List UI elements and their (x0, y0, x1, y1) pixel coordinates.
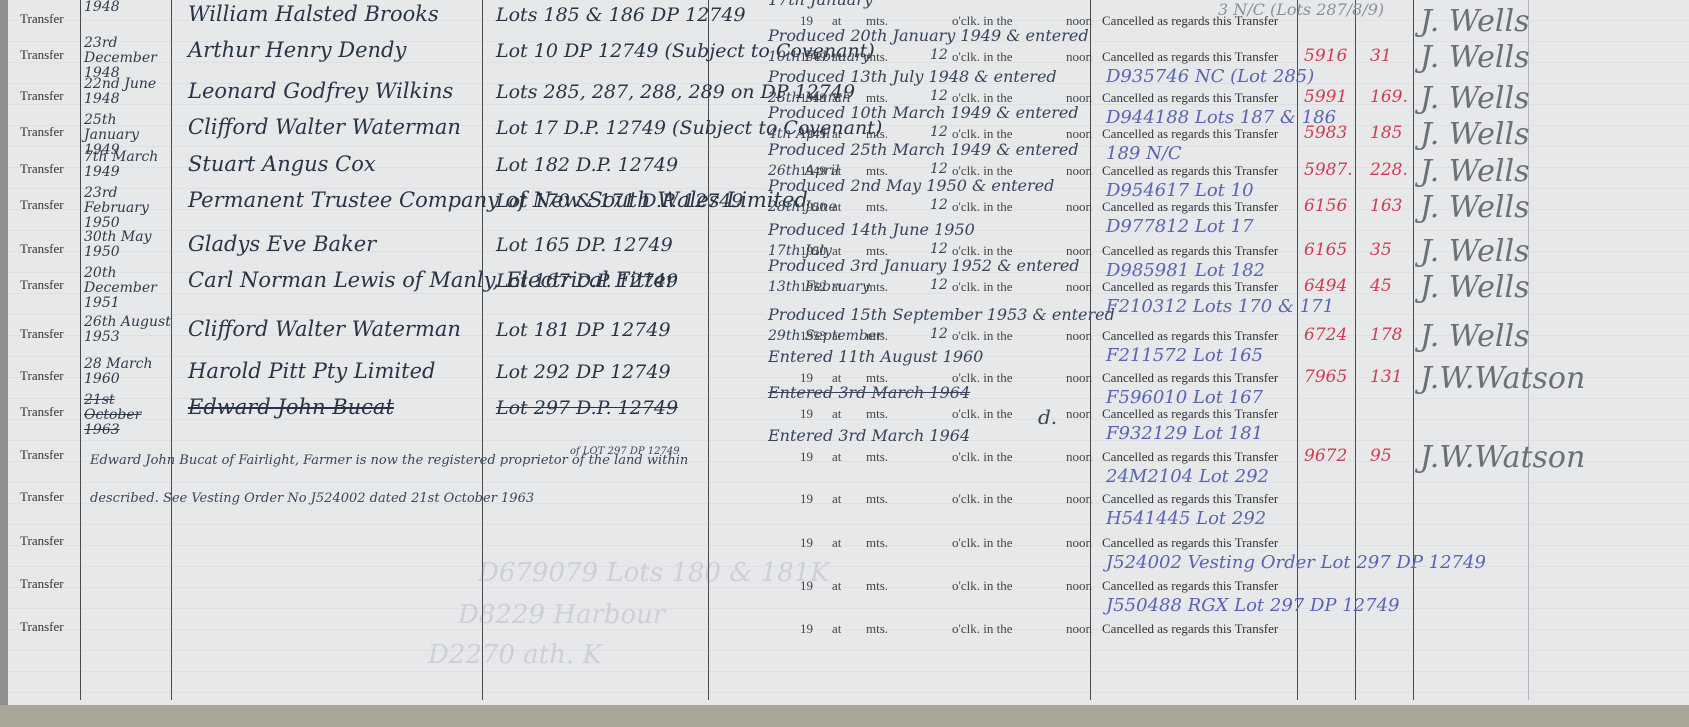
registrar-signature: J. Wells (1420, 154, 1530, 189)
hour-field: 12 (930, 197, 948, 213)
oclk-label: o'clk. in the (952, 279, 1012, 295)
produced-note: Produced 3rd January 1952 & entered (768, 256, 1080, 275)
at-label: at (832, 449, 841, 465)
year-field: 19 (800, 491, 813, 507)
folio-number: 5916 (1304, 46, 1347, 66)
noon-label: noon (1066, 535, 1092, 551)
year-field: 19 (800, 449, 813, 465)
cancelled-label: Cancelled as regards this Transfer (1102, 199, 1278, 215)
hour-field: 12 (930, 241, 948, 257)
cancelled-label: Cancelled as regards this Transfer (1102, 328, 1278, 344)
entry-type: Transfer (20, 47, 64, 63)
cancelled-label: Cancelled as regards this Transfer (1102, 279, 1278, 295)
folio-number: 6165 (1304, 240, 1347, 260)
page-number: 31 (1370, 46, 1392, 66)
year-field: 19 (800, 578, 813, 594)
mts-label: mts. (866, 199, 888, 215)
lot-description: Lot 292 DP 12749 (496, 361, 671, 383)
entry-type: Transfer (20, 533, 64, 549)
year-field: 1952 (800, 279, 826, 295)
oclk-label: o'clk. in the (952, 49, 1012, 65)
at-label: at (832, 621, 841, 637)
lot-description: Lot 167 D.P. 12749 (496, 270, 678, 292)
mts-label: mts. (866, 406, 888, 422)
cancelled-label: Cancelled as regards this Transfer (1102, 13, 1278, 29)
folio-number: 7965 (1304, 367, 1347, 387)
hour-field: 12 (930, 47, 948, 63)
oclk-label: o'clk. in the (952, 449, 1012, 465)
produced-note: Produced 10th March 1949 & entered (768, 103, 1079, 122)
entry-date: 23rd February 1950 (84, 186, 174, 231)
lot-description: Lot 297 D.P. 12749 (496, 397, 678, 419)
at-label: at (832, 328, 841, 344)
cancelled-label: Cancelled as regards this Transfer (1102, 491, 1278, 507)
entry-date: 1948 (84, 0, 174, 15)
entry-type: Transfer (20, 11, 64, 27)
registrar-signature: J. Wells (1420, 319, 1530, 354)
produced-note: Entered 3rd March 1964 (768, 426, 970, 445)
lot-note: of LOT 297 DP 12749 (570, 446, 680, 457)
oclk-label: o'clk. in the (952, 199, 1012, 215)
oclk-label: o'clk. in the (952, 491, 1012, 507)
entry-type: Transfer (20, 619, 64, 635)
hour-field: 12 (930, 277, 948, 293)
mts-label: mts. (866, 49, 888, 65)
noon-label: noon (1066, 328, 1092, 344)
mts-label: mts. (866, 491, 888, 507)
entry-type: Transfer (20, 404, 64, 420)
produced-note: Produced 15th September 1953 & entered (768, 305, 1115, 324)
hour-field: 12 (930, 326, 948, 342)
produced-note: Produced 25th March 1949 & entered (768, 140, 1079, 159)
at-label: at (832, 406, 841, 422)
entry-type: Transfer (20, 197, 64, 213)
cancelled-label: Cancelled as regards this Transfer (1102, 621, 1278, 637)
noon-label: noon (1066, 621, 1092, 637)
entry-date: 20th December 1951 (84, 266, 174, 311)
lot-description: Lot 181 DP 12749 (496, 319, 671, 341)
entry-type: Transfer (20, 489, 64, 505)
cancelled-label: Cancelled as regards this Transfer (1102, 535, 1278, 551)
entry-type: Transfer (20, 277, 64, 293)
initial-mark: d. (1038, 405, 1057, 429)
entry-date: 26th August 1953 (84, 315, 174, 345)
proprietor-name: Arthur Henry Dendy (188, 38, 406, 62)
oclk-label: o'clk. in the (952, 621, 1012, 637)
lot-description: Lots 185 & 186 DP 12749 (496, 4, 746, 26)
page-edge (0, 705, 1689, 727)
vesting-note-line2: described. See Vesting Order No J524002 … (90, 491, 534, 506)
entry-type: Transfer (20, 326, 64, 342)
year-field: 19 (800, 535, 813, 551)
page-number: 228. (1370, 160, 1408, 180)
proprietor-name: Harold Pitt Pty Limited (188, 359, 435, 383)
register-row: Transfer 19 at mts. o'clk. in the noon C… (8, 522, 1689, 569)
proprietor-name: William Halsted Brooks (188, 2, 439, 26)
produced-note: Entered 3rd March 1964 (768, 383, 970, 402)
at-label: at (832, 578, 841, 594)
entry-date: 28 March 1960 (84, 357, 174, 387)
page-number: 178 (1370, 325, 1402, 345)
page-number: 35 (1370, 240, 1392, 260)
cancellation-stamp: F210312 Lots 170 & 171 (1106, 296, 1334, 317)
registrar-signature: J. Wells (1420, 40, 1530, 75)
lot-description: Lot 182 D.P. 12749 (496, 154, 678, 176)
cancelled-label: Cancelled as regards this Transfer (1102, 406, 1278, 422)
cancelled-label: Cancelled as regards this Transfer (1102, 163, 1278, 179)
registrar-signature: J. Wells (1420, 234, 1530, 269)
noon-label: noon (1066, 449, 1092, 465)
page-number: 45 (1370, 276, 1392, 296)
noon-label: noon (1066, 370, 1092, 386)
noon-label: noon (1066, 49, 1092, 65)
folio-number: 5991 (1304, 87, 1347, 107)
page-number: 169. (1370, 87, 1408, 107)
lot-description: Lot 165 DP. 12749 (496, 234, 673, 256)
at-label: at (832, 491, 841, 507)
entry-type: Transfer (20, 161, 64, 177)
proprietor-name: Leonard Godfrey Wilkins (188, 79, 453, 103)
noon-label: noon (1066, 578, 1092, 594)
entry-type: Transfer (20, 88, 64, 104)
page-number: 95 (1370, 446, 1392, 466)
year-field: 1949 (800, 49, 826, 65)
entry-type: Transfer (20, 368, 64, 384)
produced-note: Produced 14th June 1950 (768, 220, 975, 239)
register-page: 3 N/C (Lots 287/8/9) D679079 Lots 180 & … (8, 0, 1689, 705)
produced-note: Entered 11th August 1960 (768, 347, 983, 366)
registrar-signature: J. Wells (1420, 190, 1530, 225)
oclk-label: o'clk. in the (952, 328, 1012, 344)
register-row: Transfer 19 at mts. o'clk. in the noon C… (8, 565, 1689, 612)
noon-label: noon (1066, 406, 1092, 422)
registrar-signature: J. Wells (1420, 270, 1530, 305)
folio-number: 9672 (1304, 446, 1347, 466)
hour-field: 12 (930, 88, 948, 104)
oclk-label: o'clk. in the (952, 535, 1012, 551)
entry-type: Transfer (20, 447, 64, 463)
registrar-signature: J.W.Watson (1420, 440, 1585, 475)
entry-date: 30th May 1950 (84, 230, 174, 260)
page-number: 163 (1370, 196, 1402, 216)
proprietor-name: Clifford Walter Waterman (188, 115, 461, 139)
proprietor-name: Edward John Bucat (188, 395, 394, 419)
entry-type: Transfer (20, 124, 64, 140)
noon-label: noon (1066, 279, 1092, 295)
produced-note: Produced 13th July 1948 & entered (768, 67, 1057, 86)
proprietor-name: Stuart Angus Cox (188, 152, 376, 176)
registrar-signature: J. Wells (1420, 117, 1530, 152)
entry-type: Transfer (20, 576, 64, 592)
year-field: 19 (800, 406, 813, 422)
entry-date: 22nd June 1948 (84, 77, 174, 107)
mts-label: mts. (866, 578, 888, 594)
proprietor-name: Clifford Walter Waterman (188, 317, 461, 341)
mts-label: mts. (866, 279, 888, 295)
entry-type: Transfer (20, 241, 64, 257)
folio-number: 6724 (1304, 325, 1347, 345)
cancelled-label: Cancelled as regards this Transfer (1102, 449, 1278, 465)
cancelled-label: Cancelled as regards this Transfer (1102, 578, 1278, 594)
at-label: at (832, 199, 841, 215)
folio-number: 6156 (1304, 196, 1347, 216)
page-number: 131 (1370, 367, 1402, 387)
hour-field: 12 (930, 161, 948, 177)
hour-field: 12 (930, 124, 948, 140)
lot-description: Lot 170 & 171 D.P. 12749 (496, 190, 743, 212)
registrar-signature: J. Wells (1420, 4, 1530, 39)
mts-label: mts. (866, 328, 888, 344)
folio-number: 6494 (1304, 276, 1347, 296)
proprietor-name: Gladys Eve Baker (188, 232, 376, 256)
year-field: 1950 (800, 199, 826, 215)
at-label: at (832, 49, 841, 65)
register-row: Transfer 19 at mts. o'clk. in the noon C… (8, 608, 1689, 655)
noon-label: noon (1066, 491, 1092, 507)
mts-label: mts. (866, 449, 888, 465)
registrar-signature: J.W.Watson (1420, 361, 1585, 396)
mts-label: mts. (866, 621, 888, 637)
produced-note: Produced 20th January 1949 & entered (768, 26, 1089, 45)
at-label: at (832, 535, 841, 551)
cancelled-label: Cancelled as regards this Transfer (1102, 49, 1278, 65)
produced-note: Produced 2nd May 1950 & entered (768, 176, 1054, 195)
oclk-label: o'clk. in the (952, 578, 1012, 594)
at-label: at (832, 279, 841, 295)
produced-note: 17th January (768, 0, 873, 9)
noon-label: noon (1066, 199, 1092, 215)
oclk-label: o'clk. in the (952, 406, 1012, 422)
page-number: 185 (1370, 123, 1402, 143)
registrar-signature: J. Wells (1420, 81, 1530, 116)
entry-date: 7th March 1949 (84, 150, 174, 180)
noon-label: noon (1066, 163, 1092, 179)
folio-number: 5987. (1304, 160, 1353, 180)
entry-date: 21st October 1963 (84, 393, 174, 438)
mts-label: mts. (866, 535, 888, 551)
cancelled-label: Cancelled as regards this Transfer (1102, 243, 1278, 259)
cancelled-label: Cancelled as regards this Transfer (1102, 126, 1278, 142)
cancelled-label: Cancelled as regards this Transfer (1102, 370, 1278, 386)
cancelled-label: Cancelled as regards this Transfer (1102, 90, 1278, 106)
entry-date: 23rd December 1948 (84, 36, 174, 81)
year-field: 19 (800, 621, 813, 637)
year-field: 1953 (800, 328, 826, 344)
folio-number: 5983 (1304, 123, 1347, 143)
